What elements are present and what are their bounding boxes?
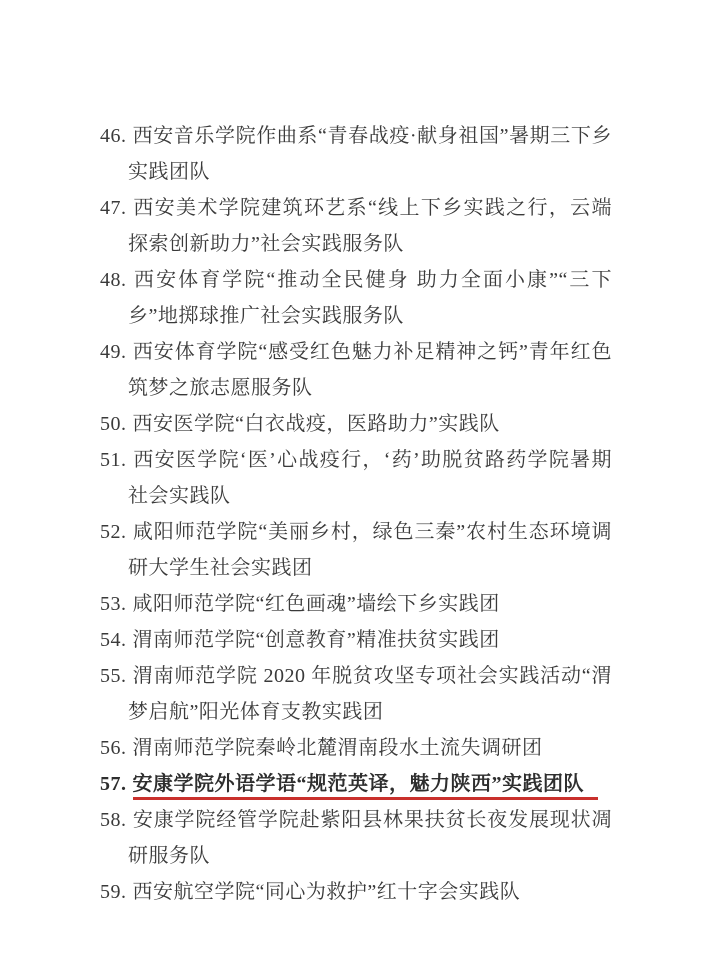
list-item: 59.西安航空学院“同心为救护”红十字会实践队: [100, 874, 612, 910]
item-number: 53.: [100, 593, 133, 615]
list-item: 52.咸阳师范学院“美丽乡村，绿色三秦”农村生态环境调研大学生社会实践团: [100, 514, 612, 586]
item-text: 西安美术学院建筑环艺系“线上下乡实践之行，云端探索创新助力”社会实践服务队: [128, 197, 612, 255]
item-text: 西安医学院‘医’心战疫行，‘药’助脱贫路药学院暑期社会实践队: [128, 449, 612, 507]
list-item-highlighted: 57.安康学院外语学语“规范英译，魅力陕西”实践团队: [100, 766, 612, 802]
list-item: 49.西安体育学院“感受红色魅力补足精神之钙”青年红色筑梦之旅志愿服务队: [100, 334, 612, 406]
item-text: 渭南师范学院秦岭北麓渭南段水土流失调研团: [133, 737, 543, 759]
item-number: 57.: [100, 773, 133, 795]
item-number: 56.: [100, 737, 133, 759]
list-item: 54.渭南师范学院“创意教育”精准扶贫实践团: [100, 622, 612, 658]
list-item: 53.咸阳师范学院“红色画魂”墙绘下乡实践团: [100, 586, 612, 622]
item-text-red-underlined: 安康学院外语学语“规范英译，魅力陕西”实践团队: [133, 773, 599, 800]
item-number: 58.: [100, 809, 133, 831]
list-item: 46.西安音乐学院作曲系“青春战疫·献身祖国”暑期三下乡实践团队: [100, 118, 612, 190]
item-number: 52.: [100, 521, 133, 543]
item-number: 46.: [100, 125, 133, 147]
item-number: 48.: [100, 269, 133, 291]
item-text: 咸阳师范学院“红色画魂”墙绘下乡实践团: [133, 593, 500, 615]
item-text: 渭南师范学院 2020 年脱贫攻坚专项社会实践活动“渭梦启航”阳光体育支教实践团: [128, 665, 612, 723]
list-item: 47.西安美术学院建筑环艺系“线上下乡实践之行，云端探索创新助力”社会实践服务队: [100, 190, 612, 262]
item-number: 51.: [100, 449, 133, 471]
item-text: 西安医学院“白衣战疫，医路助力”实践队: [133, 413, 500, 435]
item-number: 54.: [100, 629, 133, 651]
item-text: 西安体育学院“推动全民健身 助力全面小康”“三下乡”地掷球推广社会实践服务队: [128, 269, 612, 327]
list-item: 55.渭南师范学院 2020 年脱贫攻坚专项社会实践活动“渭梦启航”阳光体育支教…: [100, 658, 612, 730]
item-number: 55.: [100, 665, 133, 687]
list-item: 58.安康学院经管学院赴紫阳县林果扶贫长夜发展现状凋研服务队: [100, 802, 612, 874]
list-item: 56.渭南师范学院秦岭北麓渭南段水土流失调研团: [100, 730, 612, 766]
item-text: 咸阳师范学院“美丽乡村，绿色三秦”农村生态环境调研大学生社会实践团: [128, 521, 612, 579]
team-list: 46.西安音乐学院作曲系“青春战疫·献身祖国”暑期三下乡实践团队 47.西安美术…: [100, 118, 612, 910]
item-number: 49.: [100, 341, 133, 363]
list-item: 51.西安医学院‘医’心战疫行，‘药’助脱贫路药学院暑期社会实践队: [100, 442, 612, 514]
document-page: 46.西安音乐学院作曲系“青春战疫·献身祖国”暑期三下乡实践团队 47.西安美术…: [0, 0, 720, 960]
item-number: 50.: [100, 413, 133, 435]
item-text: 安康学院经管学院赴紫阳县林果扶贫长夜发展现状凋研服务队: [128, 809, 612, 867]
item-text: 渭南师范学院“创意教育”精准扶贫实践团: [133, 629, 500, 651]
item-text: 西安音乐学院作曲系“青春战疫·献身祖国”暑期三下乡实践团队: [128, 125, 612, 183]
list-item: 50.西安医学院“白衣战疫，医路助力”实践队: [100, 406, 612, 442]
list-item: 48.西安体育学院“推动全民健身 助力全面小康”“三下乡”地掷球推广社会实践服务…: [100, 262, 612, 334]
item-number: 47.: [100, 197, 133, 219]
item-text: 西安体育学院“感受红色魅力补足精神之钙”青年红色筑梦之旅志愿服务队: [128, 341, 612, 399]
item-number: 59.: [100, 881, 133, 903]
item-text: 西安航空学院“同心为救护”红十字会实践队: [133, 881, 521, 903]
